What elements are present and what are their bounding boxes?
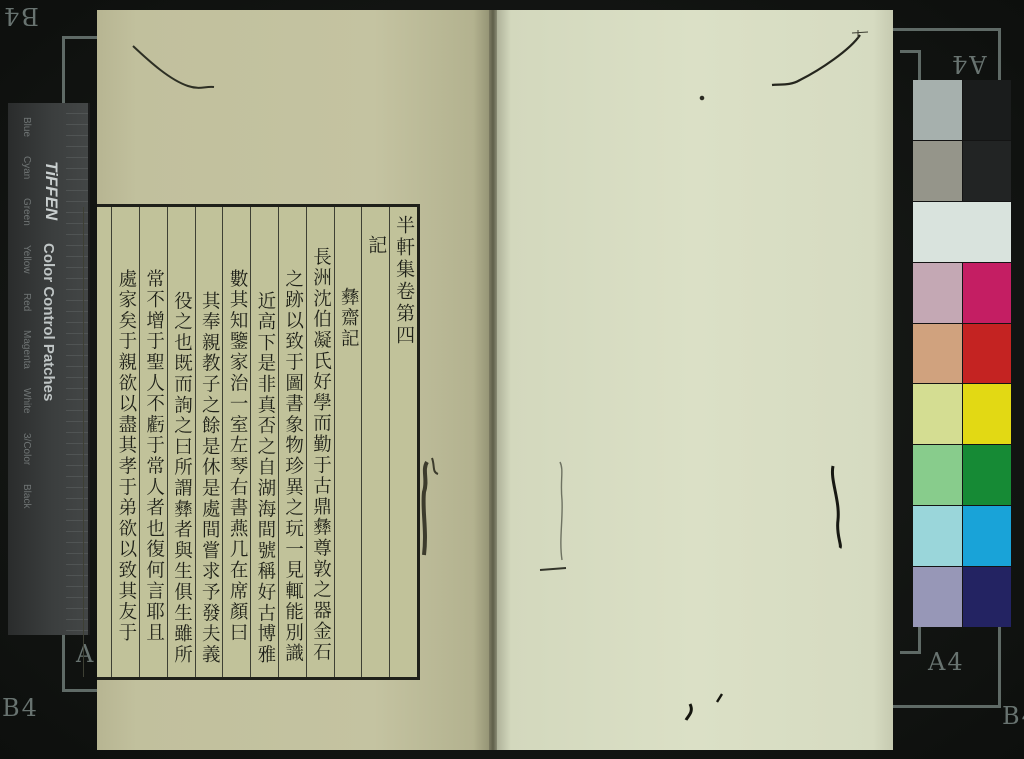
text-columns: 半軒集卷第四記彝齋記長洲沈伯凝氏好學而勤于古鼎彝尊敦之器金石之跡以致于圖書象物珍… — [97, 207, 417, 677]
column-text: 數其知鑒家治一室左琴右書燕几在席顏曰 — [228, 269, 247, 643]
text-column: 常不增于聖人不虧于常人者也復何言耶且 — [139, 207, 167, 677]
printed-text-block: 半軒集卷第四記彝齋記長洲沈伯凝氏好學而勤于古鼎彝尊敦之器金石之跡以致于圖書象物珍… — [97, 204, 420, 680]
text-column: 處家矣于親欲以盡其孝于弟欲以致其友于 — [111, 207, 139, 677]
text-column: 記 — [361, 207, 389, 677]
text-column: 其奉親教子之餘是休是處間嘗求予發夫義 — [195, 207, 223, 677]
text-column: 役之也既而詢之曰所謂彝者與生俱生雖所 — [167, 207, 195, 677]
text-column: 之跡以致于圖書象物珍異之玩一見輒能別識 — [278, 207, 306, 677]
text-column — [83, 207, 111, 677]
text-column: 半軒集卷第四 — [389, 207, 417, 677]
text-column: 長洲沈伯凝氏好學而勤于古鼎彝尊敦之器金石 — [306, 207, 334, 677]
text-column: 數其知鑒家治一室左琴右書燕几在席顏曰 — [222, 207, 250, 677]
column-text: 之跡以致于圖書象物珍異之玩一見輒能別識 — [283, 269, 302, 664]
text-column: 近高下是非真否之自湖海間號稱好古博雅 — [250, 207, 278, 677]
column-text: 近高下是非真否之自湖海間號稱好古博雅 — [255, 291, 274, 665]
column-heading: 記 — [366, 235, 385, 257]
column-text: 長洲沈伯凝氏好學而勤于古鼎彝尊敦之器金石 — [311, 247, 330, 663]
column-text: 常不增于聖人不虧于常人者也復何言耶且 — [144, 269, 163, 643]
text-column: 彝齋記 — [334, 207, 362, 677]
column-text: 彝齋記 — [339, 287, 358, 349]
column-text: 處家矣于親欲以盡其孝于弟欲以致其友于 — [116, 269, 135, 643]
column-heading: 半軒集卷第四 — [394, 215, 413, 347]
column-text: 其奉親教子之餘是休是處間嘗求予發夫義 — [200, 291, 219, 665]
column-text: 役之也既而詢之曰所謂彝者與生俱生雖所 — [172, 291, 191, 665]
